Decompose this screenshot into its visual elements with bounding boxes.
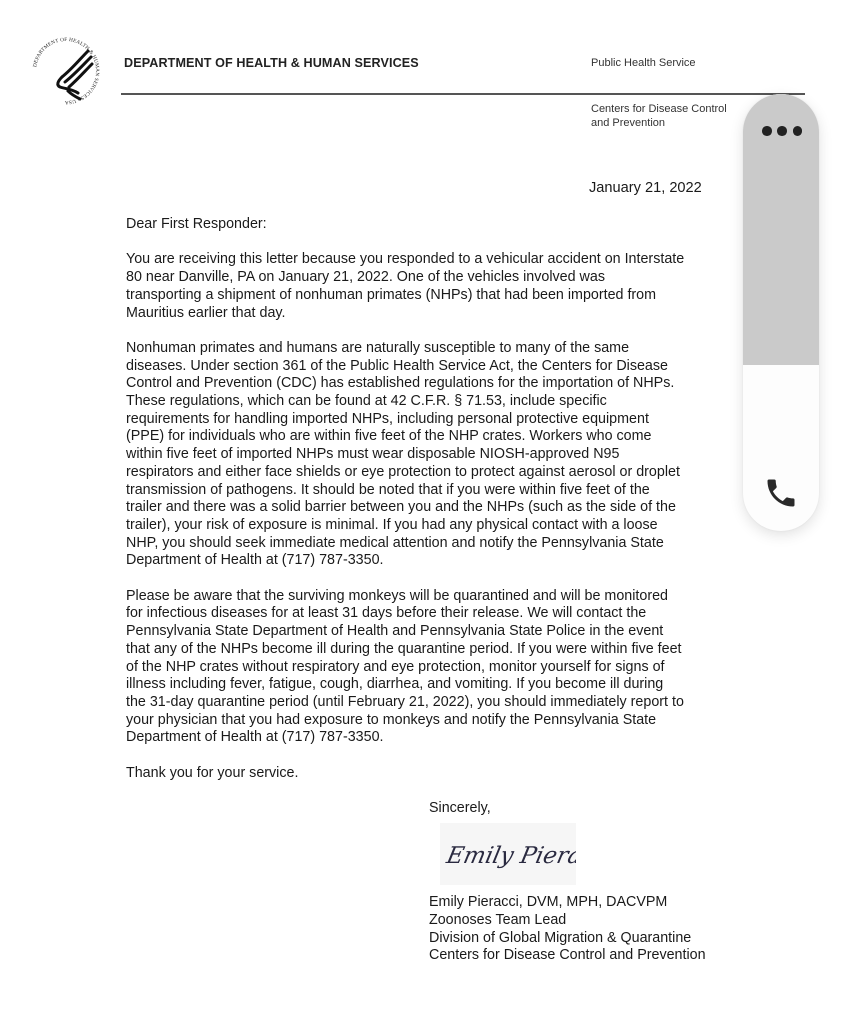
paragraph-incident: You are receiving this letter because yo… bbox=[126, 251, 738, 322]
signatory-organization: Centers for Disease Control and Preventi… bbox=[429, 947, 706, 965]
dot bbox=[793, 126, 803, 136]
agency-line-2: and Prevention bbox=[591, 116, 727, 130]
dot bbox=[762, 126, 772, 136]
phone-icon[interactable] bbox=[763, 475, 799, 511]
paragraph-thanks: Thank you for your service. bbox=[126, 765, 738, 783]
signature-image: Emily Pieracci bbox=[440, 823, 576, 885]
hhs-seal-logo: DEPARTMENT OF HEALTH & HUMAN SERVICES · … bbox=[28, 33, 104, 109]
department-name: DEPARTMENT OF HEALTH & HUMAN SERVICES bbox=[124, 56, 419, 70]
more-horizontal-icon[interactable] bbox=[762, 126, 802, 136]
call-widget[interactable] bbox=[743, 94, 819, 531]
agency-line-1: Centers for Disease Control bbox=[591, 102, 727, 116]
letter-date: January 21, 2022 bbox=[589, 180, 702, 196]
svg-text:DEPARTMENT OF HEALTH & HUMAN S: DEPARTMENT OF HEALTH & HUMAN SERVICES · … bbox=[32, 37, 100, 105]
signatory-title: Zoonoses Team Lead bbox=[429, 912, 706, 930]
closing: Sincerely, bbox=[429, 800, 491, 818]
agency-name: Centers for Disease Control and Preventi… bbox=[591, 102, 727, 130]
paragraph-quarantine: Please be aware that the surviving monke… bbox=[126, 588, 738, 747]
letterhead-divider bbox=[121, 93, 805, 95]
dot bbox=[777, 126, 787, 136]
salutation: Dear First Responder: bbox=[126, 216, 738, 234]
public-health-service-label: Public Health Service bbox=[591, 57, 696, 69]
svg-text:Emily Pieracci: Emily Pieracci bbox=[443, 842, 576, 869]
signature-block: Emily Pieracci, DVM, MPH, DACVPM Zoonose… bbox=[429, 894, 706, 965]
signatory-division: Division of Global Migration & Quarantin… bbox=[429, 930, 706, 948]
signatory-name: Emily Pieracci, DVM, MPH, DACVPM bbox=[429, 894, 706, 912]
paragraph-regulations: Nonhuman primates and humans are natural… bbox=[126, 340, 738, 570]
letter-body: Dear First Responder: You are receiving … bbox=[126, 216, 738, 800]
